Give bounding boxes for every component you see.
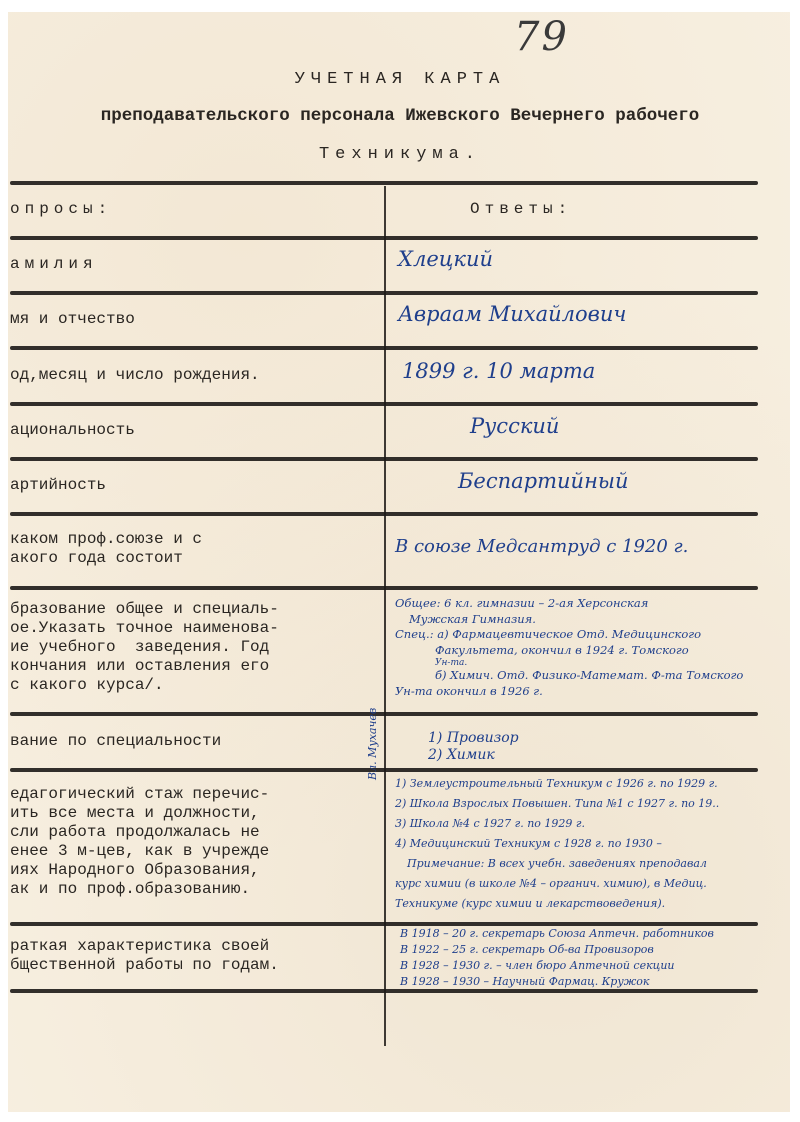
- document-subtitle: преподавательского персонала Ижевского В…: [0, 106, 800, 126]
- answer-line: В 1928 – 1930 – Научный Фармац. Кружок: [400, 974, 795, 990]
- question-public-work: раткая характеристика своей бщественной …: [10, 937, 378, 975]
- answer-line: б) Химич. Отд. Физико-Математ. Ф-та Томс…: [395, 668, 790, 684]
- question-party: артийность: [10, 476, 378, 495]
- answer-public-work: В 1918 – 20 г. секретарь Союза Аптечн. р…: [400, 926, 795, 990]
- answer-line: В 1922 – 25 г. секретарь Об-ва Провизоро…: [400, 942, 795, 958]
- document-title: УЧЕТНАЯ КАРТА: [0, 70, 800, 89]
- margin-note: Вл. Мухачев: [366, 708, 379, 780]
- answer-party: Беспартийный: [458, 472, 800, 490]
- answer-education: Общее: 6 кл. гимназии – 2-ая Херсонская …: [395, 596, 790, 699]
- question-nationality: ациональность: [10, 421, 378, 440]
- question-surname: амилия: [10, 255, 378, 274]
- answer-line: Техникуме (курс химии и лекарствоведения…: [395, 894, 790, 914]
- answer-line: Факультета, окончил в 1924 г. Томского: [395, 643, 790, 659]
- document-subtitle-institution: Техникума.: [0, 145, 800, 164]
- answer-birth-date: 1899 г. 10 марта: [402, 362, 797, 380]
- answer-line: Мужская Гимназия.: [395, 612, 790, 628]
- answer-line: Спец.: а) Фармацевтическое Отд. Медицинс…: [395, 627, 790, 643]
- page-number: 79: [514, 14, 569, 60]
- answer-line: Примечание: В всех учебн. заведениях пре…: [395, 854, 790, 874]
- answer-line: курс химии (в школе №4 – органич. химию)…: [395, 874, 790, 894]
- question-birth-date: од,месяц и число рождения.: [10, 366, 378, 385]
- answer-line: В 1928 – 1930 г. – член бюро Аптечной се…: [400, 958, 795, 974]
- answer-name-patronymic: Авраам Михайлович: [398, 305, 793, 323]
- question-name-patronymic: мя и отчество: [10, 310, 378, 329]
- answer-line: 2) Школа Взрослых Повышен. Типа №1 с 192…: [395, 794, 790, 814]
- answer-line: В 1918 – 20 г. секретарь Союза Аптечн. р…: [400, 926, 795, 942]
- column-header-answers: Ответы:: [470, 200, 800, 218]
- table-rule: [10, 181, 758, 185]
- answer-line: Общее: 6 кл. гимназии – 2-ая Херсонская: [395, 596, 790, 612]
- answer-line: 4) Медицинский Техникум с 1928 г. по 193…: [395, 834, 790, 854]
- question-specialty-title: вание по специальности: [10, 732, 378, 751]
- answer-surname: Хлецкий: [398, 250, 793, 268]
- question-trade-union: каком проф.союзе и с акого года состоит: [10, 530, 378, 568]
- answer-line: 1) Провизор: [428, 730, 800, 747]
- answer-specialty-title: 1) Провизор 2) Химик: [428, 730, 800, 764]
- answer-line: 2) Химик: [428, 747, 800, 764]
- answer-teaching-experience: 1) Землеустроительный Техникум с 1926 г.…: [395, 774, 790, 914]
- answer-line: Ун-та.: [395, 658, 790, 668]
- answer-nationality: Русский: [470, 417, 800, 435]
- answer-line: Ун-та окончил в 1926 г.: [395, 684, 790, 700]
- question-teaching-experience: едагогический стаж перечис- ить все мест…: [10, 785, 378, 899]
- answer-line: 3) Школа №4 с 1927 г. по 1929 г.: [395, 814, 790, 834]
- column-divider: [384, 186, 386, 1046]
- answer-line: 1) Землеустроительный Техникум с 1926 г.…: [395, 774, 790, 794]
- column-header-questions: опросы:: [10, 200, 378, 219]
- question-education: бразование общее и специаль- ое.Указать …: [10, 600, 378, 695]
- answer-trade-union: В союзе Медсантруд с 1920 г.: [395, 538, 790, 556]
